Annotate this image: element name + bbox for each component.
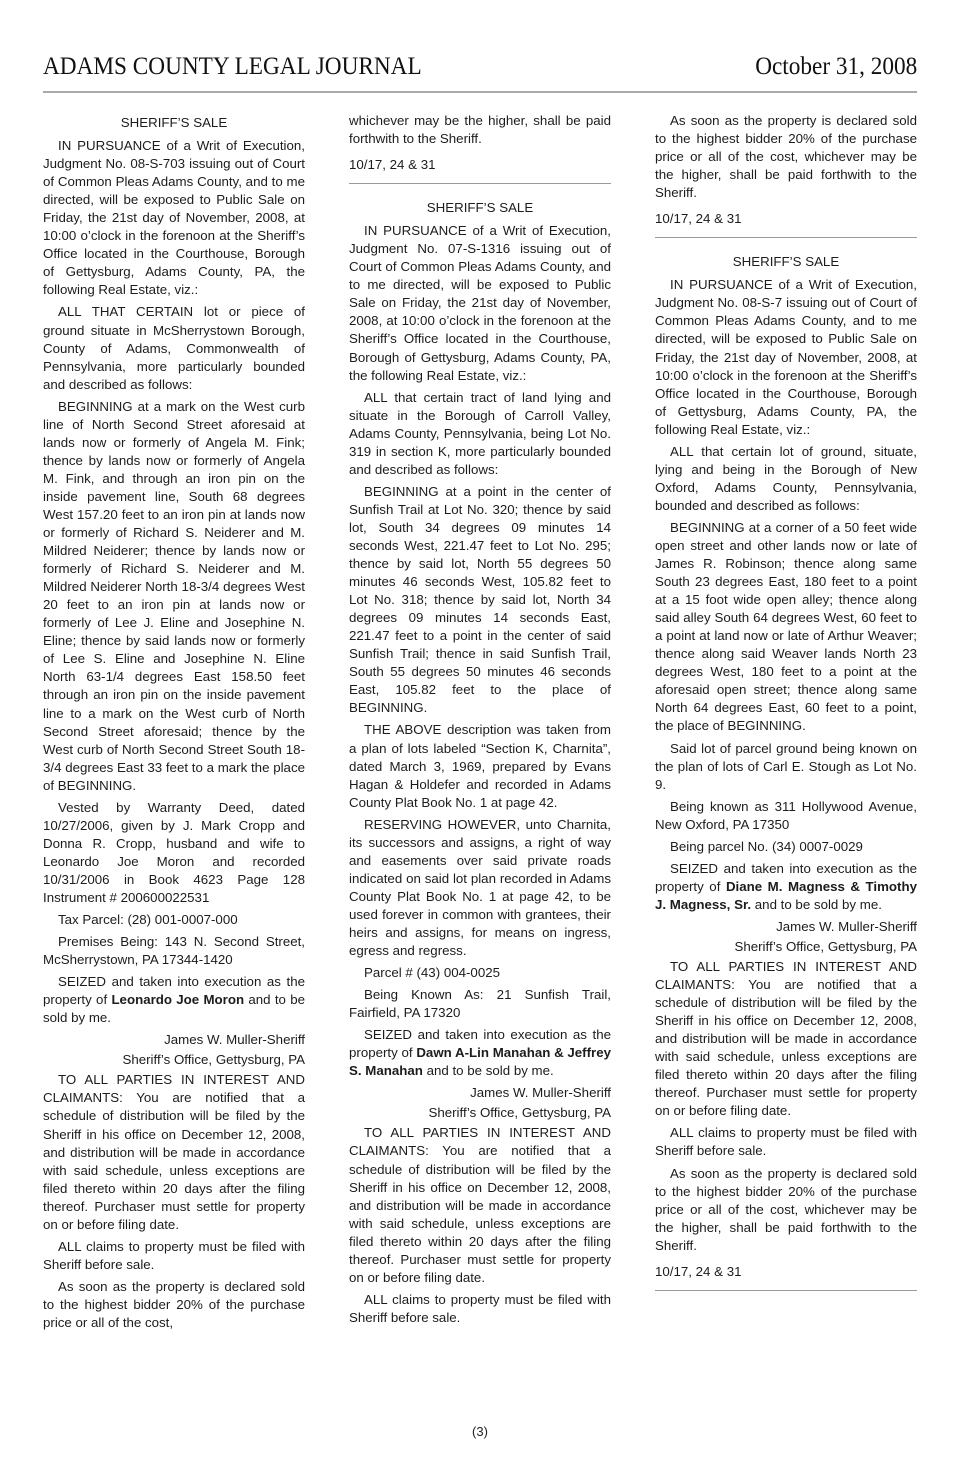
notice-paragraph: ALL claims to property must be filed wit… (43, 1238, 305, 1274)
notice-paragraph: IN PURSUANCE of a Writ of Execution, Jud… (349, 222, 611, 384)
notice-paragraph: TO ALL PARTIES IN INTEREST AND CLAIMANTS… (655, 958, 917, 1120)
notice-heading: SHERIFF’S SALE (655, 253, 917, 271)
seized-paragraph: SEIZED and taken into execution as the p… (349, 1026, 611, 1080)
publication-dates: 10/17, 24 & 31 (349, 156, 611, 174)
notice-paragraph: Being parcel No. (34) 0007-0029 (655, 838, 917, 856)
journal-title: ADAMS COUNTY LEGAL JOURNAL (43, 52, 422, 82)
signature-office: Sheriff’s Office, Gettysburg, PA (655, 938, 917, 956)
notice-paragraph: Being Known As: 21 Sunfish Trail, Fairfi… (349, 986, 611, 1022)
seized-paragraph: SEIZED and taken into execution as the p… (43, 973, 305, 1027)
masthead-rule (43, 91, 917, 93)
sheriff-signature: James W. Muller-SheriffSheriff’s Office,… (43, 1031, 305, 1069)
notice-paragraph: As soon as the property is declared sold… (43, 1278, 305, 1332)
notice-paragraph: Vested by Warranty Deed, dated 10/27/200… (43, 799, 305, 907)
notice-paragraph: TO ALL PARTIES IN INTEREST AND CLAIMANTS… (349, 1124, 611, 1286)
continued-paragraph: whichever may be the higher, shall be pa… (349, 112, 611, 148)
signature-name: James W. Muller-Sheriff (43, 1031, 305, 1049)
notice-paragraph: ALL claims to property must be filed wit… (655, 1124, 917, 1160)
masthead: ADAMS COUNTY LEGAL JOURNAL October 31, 2… (43, 52, 917, 92)
notice-paragraph: ALL that certain tract of land lying and… (349, 389, 611, 479)
column-1: SHERIFF’S SALEIN PURSUANCE of a Writ of … (43, 112, 305, 1336)
notice-divider (655, 1290, 917, 1291)
seized-text: and to be sold by me. (751, 897, 882, 912)
seized-paragraph: SEIZED and taken into execution as the p… (655, 860, 917, 914)
column-3: As soon as the property is declared sold… (655, 112, 917, 1306)
notice-paragraph: ALL claims to property must be filed wit… (349, 1291, 611, 1327)
notice-divider (349, 183, 611, 184)
notice-paragraph: BEGINNING at a point in the center of Su… (349, 483, 611, 718)
notice-paragraph: THE ABOVE description was taken from a p… (349, 721, 611, 811)
notice-paragraph: Being known as 311 Hollywood Avenue, New… (655, 798, 917, 834)
notice-paragraph: ALL that certain lot of ground, situate,… (655, 443, 917, 515)
notice-paragraph: Said lot of parcel ground being known on… (655, 740, 917, 794)
signature-name: James W. Muller-Sheriff (655, 918, 917, 936)
notice-paragraph: ALL THAT CERTAIN lot or piece of ground … (43, 303, 305, 393)
sheriff-signature: James W. Muller-SheriffSheriff’s Office,… (349, 1084, 611, 1122)
notice-paragraph: Tax Parcel: (28) 001-0007-000 (43, 911, 305, 929)
seized-text: and to be sold by me. (423, 1063, 554, 1078)
defendant-name: Leonardo Joe Moron (111, 992, 244, 1007)
notice-paragraph: As soon as the property is declared sold… (655, 1165, 917, 1255)
issue-date: October 31, 2008 (755, 52, 917, 82)
notice-paragraph: As soon as the property is declared sold… (655, 112, 917, 202)
publication-dates: 10/17, 24 & 31 (655, 1263, 917, 1281)
signature-office: Sheriff’s Office, Gettysburg, PA (43, 1051, 305, 1069)
notice-paragraph: TO ALL PARTIES IN INTEREST AND CLAIMANTS… (43, 1071, 305, 1233)
signature-office: Sheriff’s Office, Gettysburg, PA (349, 1104, 611, 1122)
notice-heading: SHERIFF’S SALE (43, 114, 305, 132)
publication-dates: 10/17, 24 & 31 (655, 210, 917, 228)
signature-name: James W. Muller-Sheriff (349, 1084, 611, 1102)
notice-paragraph: BEGINNING at a mark on the West curb lin… (43, 398, 305, 795)
notice-paragraph: RESERVING HOWEVER, unto Charnita, its su… (349, 816, 611, 960)
column-2: whichever may be the higher, shall be pa… (349, 112, 611, 1331)
notice-paragraph: Premises Being: 143 N. Second Street, Mc… (43, 933, 305, 969)
notice-paragraph: IN PURSUANCE of a Writ of Execution, Jud… (43, 137, 305, 299)
page-number: (3) (0, 1424, 960, 1439)
notice-divider (655, 237, 917, 238)
notice-heading: SHERIFF’S SALE (349, 199, 611, 217)
notice-paragraph: BEGINNING at a corner of a 50 feet wide … (655, 519, 917, 736)
notice-paragraph: Parcel # (43) 004-0025 (349, 964, 611, 982)
notice-paragraph: IN PURSUANCE of a Writ of Execution, Jud… (655, 276, 917, 438)
sheriff-signature: James W. Muller-SheriffSheriff’s Office,… (655, 918, 917, 956)
